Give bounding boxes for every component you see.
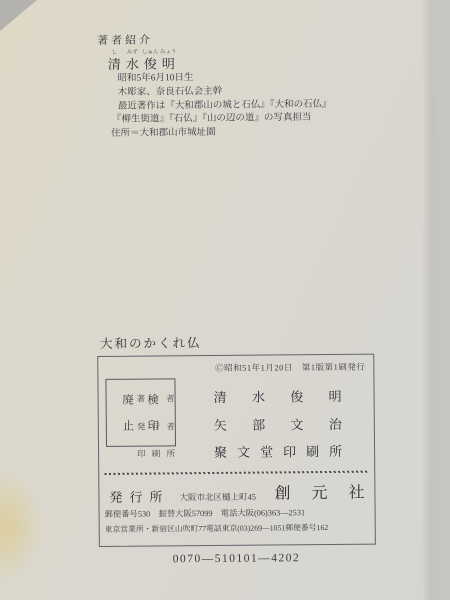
- ruby-unit: し 清: [105, 50, 123, 72]
- credit-label-author: 著者: [137, 392, 175, 404]
- author-bio-line: 最近著作は『大和郡山の城と石仏』『大和の石仏』: [118, 100, 332, 113]
- ruby-unit: みず 水: [123, 50, 141, 72]
- stamp-char: 廃: [122, 392, 134, 408]
- stamp-char: 止: [123, 418, 135, 434]
- publisher-address: 大阪市北区樋上町45: [179, 491, 256, 504]
- author-intro-heading: 著者紹介: [97, 31, 153, 48]
- publisher-label: 発行所: [109, 486, 169, 506]
- credit-value-publisher-person: 矢部文治: [214, 414, 342, 434]
- credit-label-printer: 印刷所: [137, 447, 175, 459]
- ruby-unit: しゅん 俊: [141, 49, 159, 71]
- author-bio-line: 木彫家、奈良石仏会主幹: [118, 87, 223, 99]
- author-name-ruby: し 清 みず 水 しゅん 俊 みょう 明: [105, 49, 177, 72]
- colophon-box: Ⓒ昭和51年1月20日 第1版第1刷発行 廃 検 止 印 著者 清水俊明 発行者…: [97, 354, 376, 547]
- book-edge: [422, 0, 450, 600]
- author-name-char: 明: [159, 56, 177, 71]
- photo-background: 著者紹介 し 清 みず 水 しゅん 俊 みょう 明 昭和5年6月10日生 木彫家…: [0, 0, 450, 600]
- kenin-haishi-stamp-box: 廃 検 止 印: [105, 378, 176, 447]
- dotted-divider: [104, 471, 369, 475]
- publisher-name: 創元社: [274, 480, 364, 504]
- edition-line: Ⓒ昭和51年1月20日 第1版第1刷発行: [215, 361, 365, 374]
- book-code: 0070—510101—4202: [99, 552, 374, 566]
- author-bio-line: 昭和5年6月10日生: [117, 73, 193, 85]
- ruby-unit: みょう 明: [159, 49, 177, 71]
- publisher-contact-line-osaka: 郵便番号530 振替大阪57099 電話大阪(06)363—2531: [105, 506, 306, 520]
- author-name-char: 水: [123, 57, 141, 72]
- author-bio-line: 『柳生街道』『石仏』『山の辺の道』の写真担当: [112, 113, 312, 126]
- publisher-contact-line-tokyo: 東京営業所・新宿区山吹町77電話東京(03)269—1051郵便番号162: [105, 522, 329, 535]
- author-bio-line: 住所＝大和郡山市城址園: [111, 128, 216, 140]
- credit-value-author: 清水俊明: [214, 386, 342, 406]
- author-name-char: 清: [105, 57, 123, 72]
- author-name-char: 俊: [141, 56, 159, 71]
- book-title: 大和のかくれ仏: [100, 333, 202, 352]
- credit-value-printer: 聚文堂印刷所: [214, 441, 342, 461]
- credit-label-publisher-person: 発行者: [137, 420, 175, 432]
